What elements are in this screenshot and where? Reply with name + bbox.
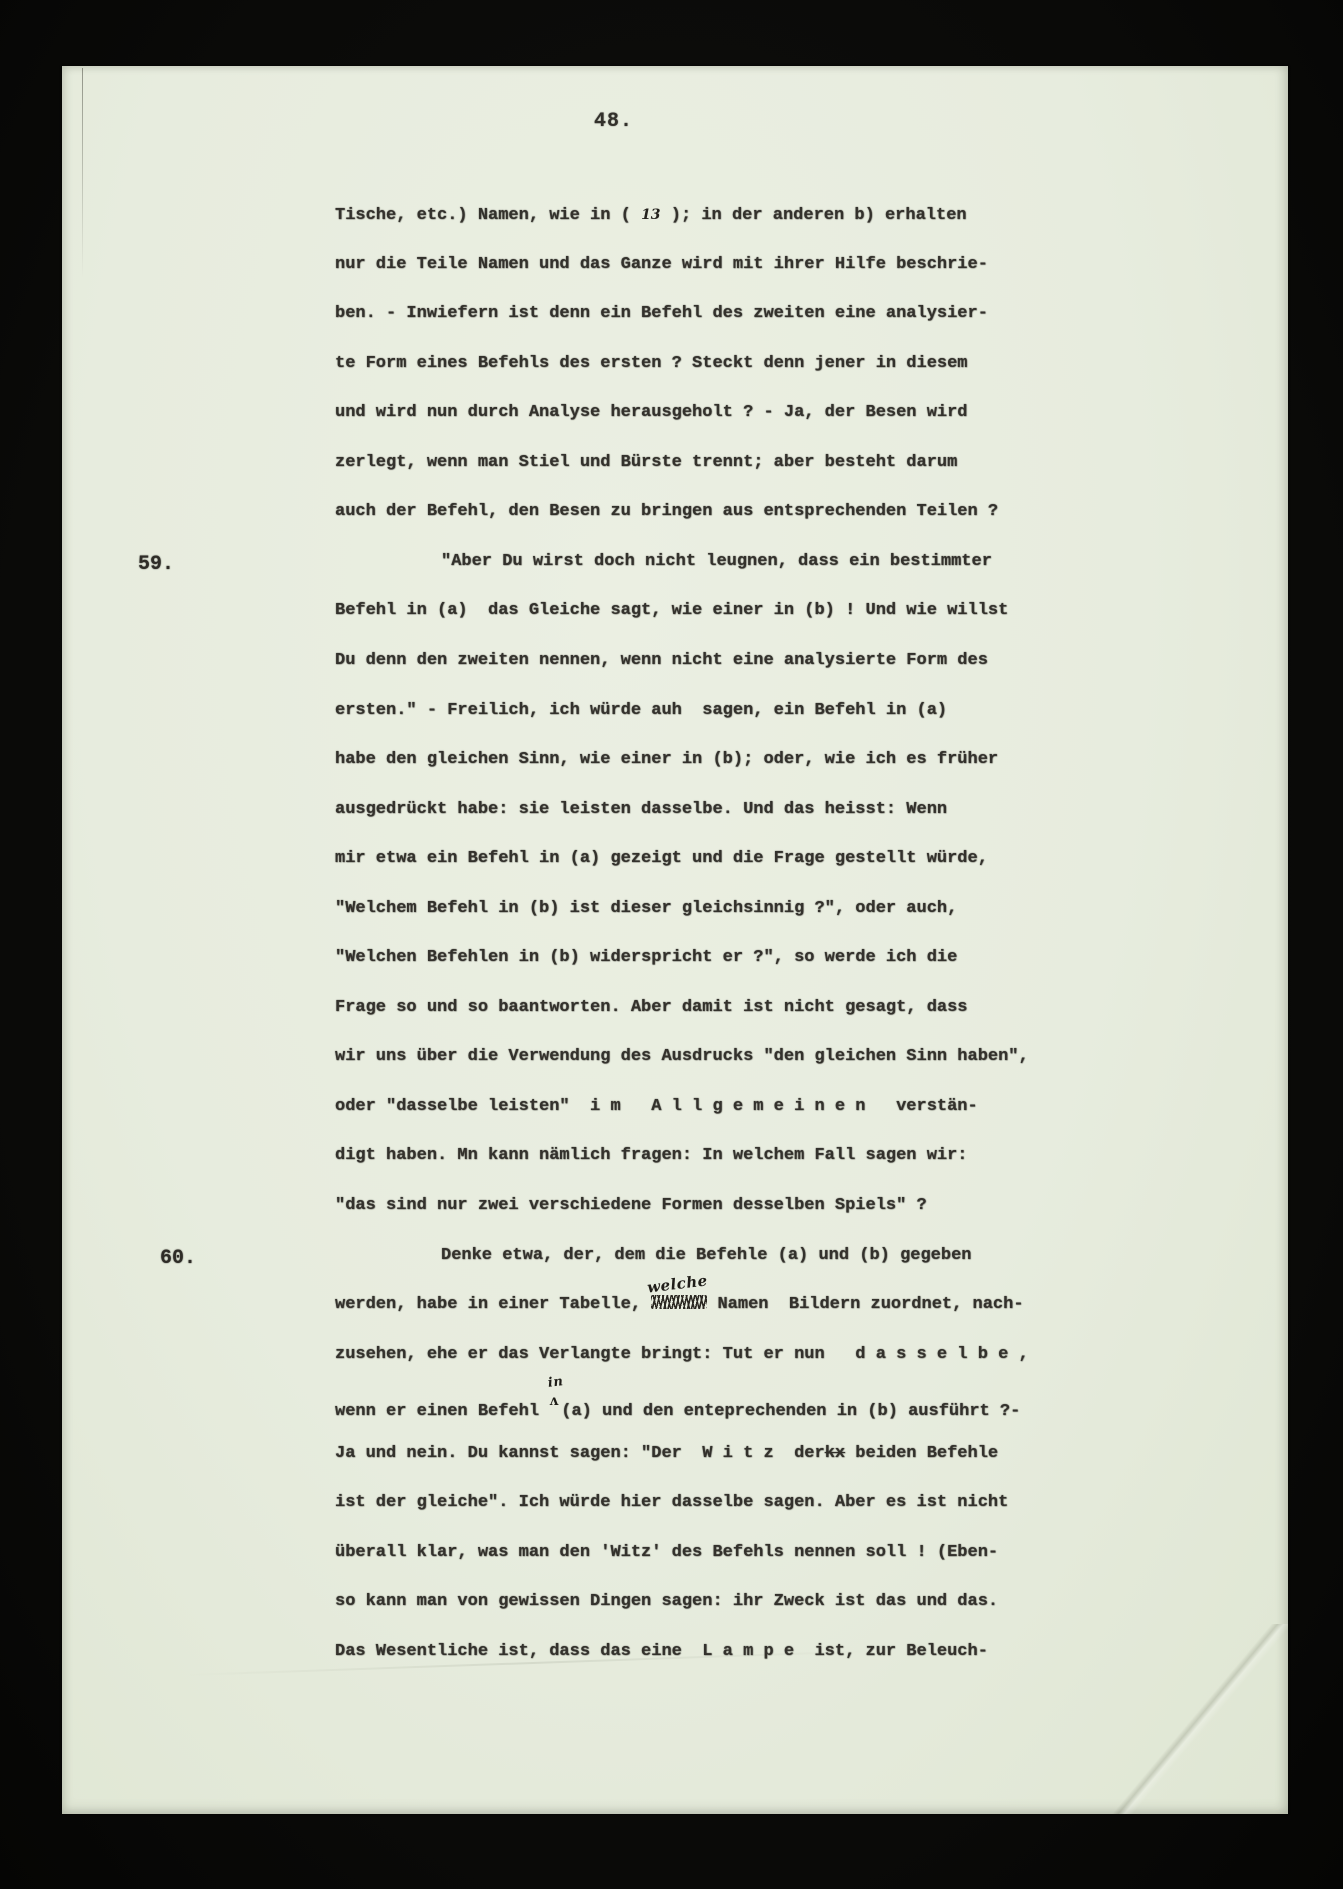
typed-text: Du denn den zweiten nennen, wenn nicht e…	[335, 651, 988, 670]
page-number: 48.	[594, 110, 633, 133]
text-line: te Form eines Befehls des ersten ? Steck…	[335, 353, 968, 375]
text-line: digt haben. Mn kann nämlich fragen: In w…	[335, 1145, 968, 1167]
typed-text-strike: kx	[825, 1444, 845, 1463]
typed-text: Denke etwa, der, dem die Befehle (a) und…	[441, 1246, 972, 1265]
text-line: "das sind nur zwei verschiedene Formen d…	[335, 1195, 927, 1217]
text-line: zerlegt, wenn man Stiel und Bürste trenn…	[335, 452, 957, 474]
typed-text: Tische, etc.) Namen, wie in (	[335, 206, 641, 225]
text-line: mir etwa ein Befehl in (a) gezeigt und d…	[335, 848, 988, 870]
typed-text: "Aber Du wirst doch nicht leugnen, dass …	[441, 552, 992, 571]
typed-text: so kann man von gewissen Dingen sagen: i…	[335, 1592, 998, 1611]
typed-text: ausgedrückt habe: sie leisten dasselbe. …	[335, 800, 947, 819]
typed-text: te Form eines Befehls des ersten ? Steck…	[335, 354, 968, 373]
typed-text: ist der gleiche". Ich würde hier dasselb…	[335, 1493, 1008, 1512]
typed-text: "das sind nur zwei verschiedene Formen d…	[335, 1196, 927, 1215]
typed-text: (a) und den enteprechenden in (b) ausfüh…	[561, 1402, 1020, 1421]
typed-text: ); in der anderen b) erhalten	[661, 206, 967, 225]
text-line: auch der Befehl, den Besen zu bringen au…	[335, 501, 998, 523]
text-line: Du denn den zweiten nennen, wenn nicht e…	[335, 650, 988, 672]
text-line: werden, habe in einer Tabelle, welche Na…	[335, 1294, 1024, 1316]
text-line: oder "dasselbe leisten" i m A l l g e m …	[335, 1096, 978, 1118]
typed-text: habe den gleichen Sinn, wie einer in (b)…	[335, 750, 998, 769]
text-line: habe den gleichen Sinn, wie einer in (b)…	[335, 749, 998, 771]
typed-text: überall klar, was man den 'Witz' des Bef…	[335, 1543, 998, 1562]
text-line: überall klar, was man den 'Witz' des Bef…	[335, 1542, 998, 1564]
typed-text: Befehl in (a) das Gleiche sagt, wie eine…	[335, 601, 1008, 620]
typed-text: beiden Befehle	[845, 1444, 998, 1463]
typed-text: ben. - Inwiefern ist denn ein Befehl des…	[335, 304, 988, 323]
text-line: wir uns über die Verwendung des Ausdruck…	[335, 1046, 1029, 1068]
scribbled-out-word: welche	[651, 1295, 707, 1309]
paper-fold-corner	[1028, 1624, 1288, 1814]
typed-text: ersten." - Freilich, ich würde auh sagen…	[335, 701, 947, 720]
typed-text: und wird nun durch Analyse herausgeholt …	[335, 403, 968, 422]
text-line: ist der gleiche". Ich würde hier dasselb…	[335, 1492, 1008, 1514]
text-line: ben. - Inwiefern ist denn ein Befehl des…	[335, 303, 988, 325]
text-line: ersten." - Freilich, ich würde auh sagen…	[335, 700, 947, 722]
text-line: und wird nun durch Analyse herausgeholt …	[335, 402, 968, 424]
text-line: zusehen, ehe er das Verlangte bringt: Tu…	[335, 1344, 1029, 1366]
typed-text: "Welchem Befehl in (b) ist dieser gleich…	[335, 899, 957, 918]
typed-text: wenn er einen Befehl	[335, 1402, 549, 1421]
text-line: so kann man von gewissen Dingen sagen: i…	[335, 1591, 998, 1613]
margin-paragraph-number: 60.	[160, 1247, 196, 1270]
typed-text: Das Wesentliche ist, dass das eine L a m…	[335, 1642, 988, 1661]
typed-text: wir uns über die Verwendung des Ausdruck…	[335, 1047, 1029, 1066]
typed-text: zusehen, ehe er das Verlangte bringt: Tu…	[335, 1345, 1029, 1364]
text-line: Das Wesentliche ist, dass das eine L a m…	[335, 1641, 988, 1663]
text-line: Frage so und so baantworten. Aber damit …	[335, 997, 968, 1019]
text-line: Ja und nein. Du kannst sagen: "Der W i t…	[335, 1443, 998, 1465]
typed-text: werden, habe in einer Tabelle,	[335, 1295, 651, 1314]
text-line: "Welchen Befehlen in (b) widerspricht er…	[335, 947, 957, 969]
margin-paragraph-number: 59.	[138, 553, 174, 576]
text-line: wenn er einen Befehl in(a) und den entep…	[335, 1393, 1020, 1415]
typed-text: Ja und nein. Du kannst sagen: "Der W i t…	[335, 1444, 825, 1463]
text-line: "Welchem Befehl in (b) ist dieser gleich…	[335, 898, 957, 920]
typed-text: Namen Bildern zuordnet, nach-	[707, 1295, 1023, 1314]
typed-text: "Welchen Befehlen in (b) widerspricht er…	[335, 948, 957, 967]
typed-text: Frage so und so baantworten. Aber damit …	[335, 998, 968, 1017]
typed-text: auch der Befehl, den Besen zu bringen au…	[335, 502, 998, 521]
text-line: "Aber Du wirst doch nicht leugnen, dass …	[441, 551, 992, 573]
paper-crease	[82, 68, 83, 278]
text-line: nur die Teile Namen und das Ganze wird m…	[335, 254, 988, 276]
typed-text: nur die Teile Namen und das Ganze wird m…	[335, 255, 988, 274]
typed-text: mir etwa ein Befehl in (a) gezeigt und d…	[335, 849, 988, 868]
text-line: Denke etwa, der, dem die Befehle (a) und…	[441, 1245, 972, 1267]
text-line: ausgedrückt habe: sie leisten dasselbe. …	[335, 799, 947, 821]
insertion-caret: in	[549, 1393, 561, 1415]
typed-text: digt haben. Mn kann nämlich fragen: In w…	[335, 1146, 968, 1165]
text-line: Befehl in (a) das Gleiche sagt, wie eine…	[335, 600, 1008, 622]
typed-text: oder "dasselbe leisten" i m A l l g e m …	[335, 1097, 978, 1116]
text-line: Tische, etc.) Namen, wie in ( 13 ); in d…	[335, 204, 967, 226]
typed-text: zerlegt, wenn man Stiel und Bürste trenn…	[335, 453, 957, 472]
handwritten-annotation: in	[547, 1371, 565, 1395]
typed-text-hand-inline: 13	[641, 207, 660, 223]
